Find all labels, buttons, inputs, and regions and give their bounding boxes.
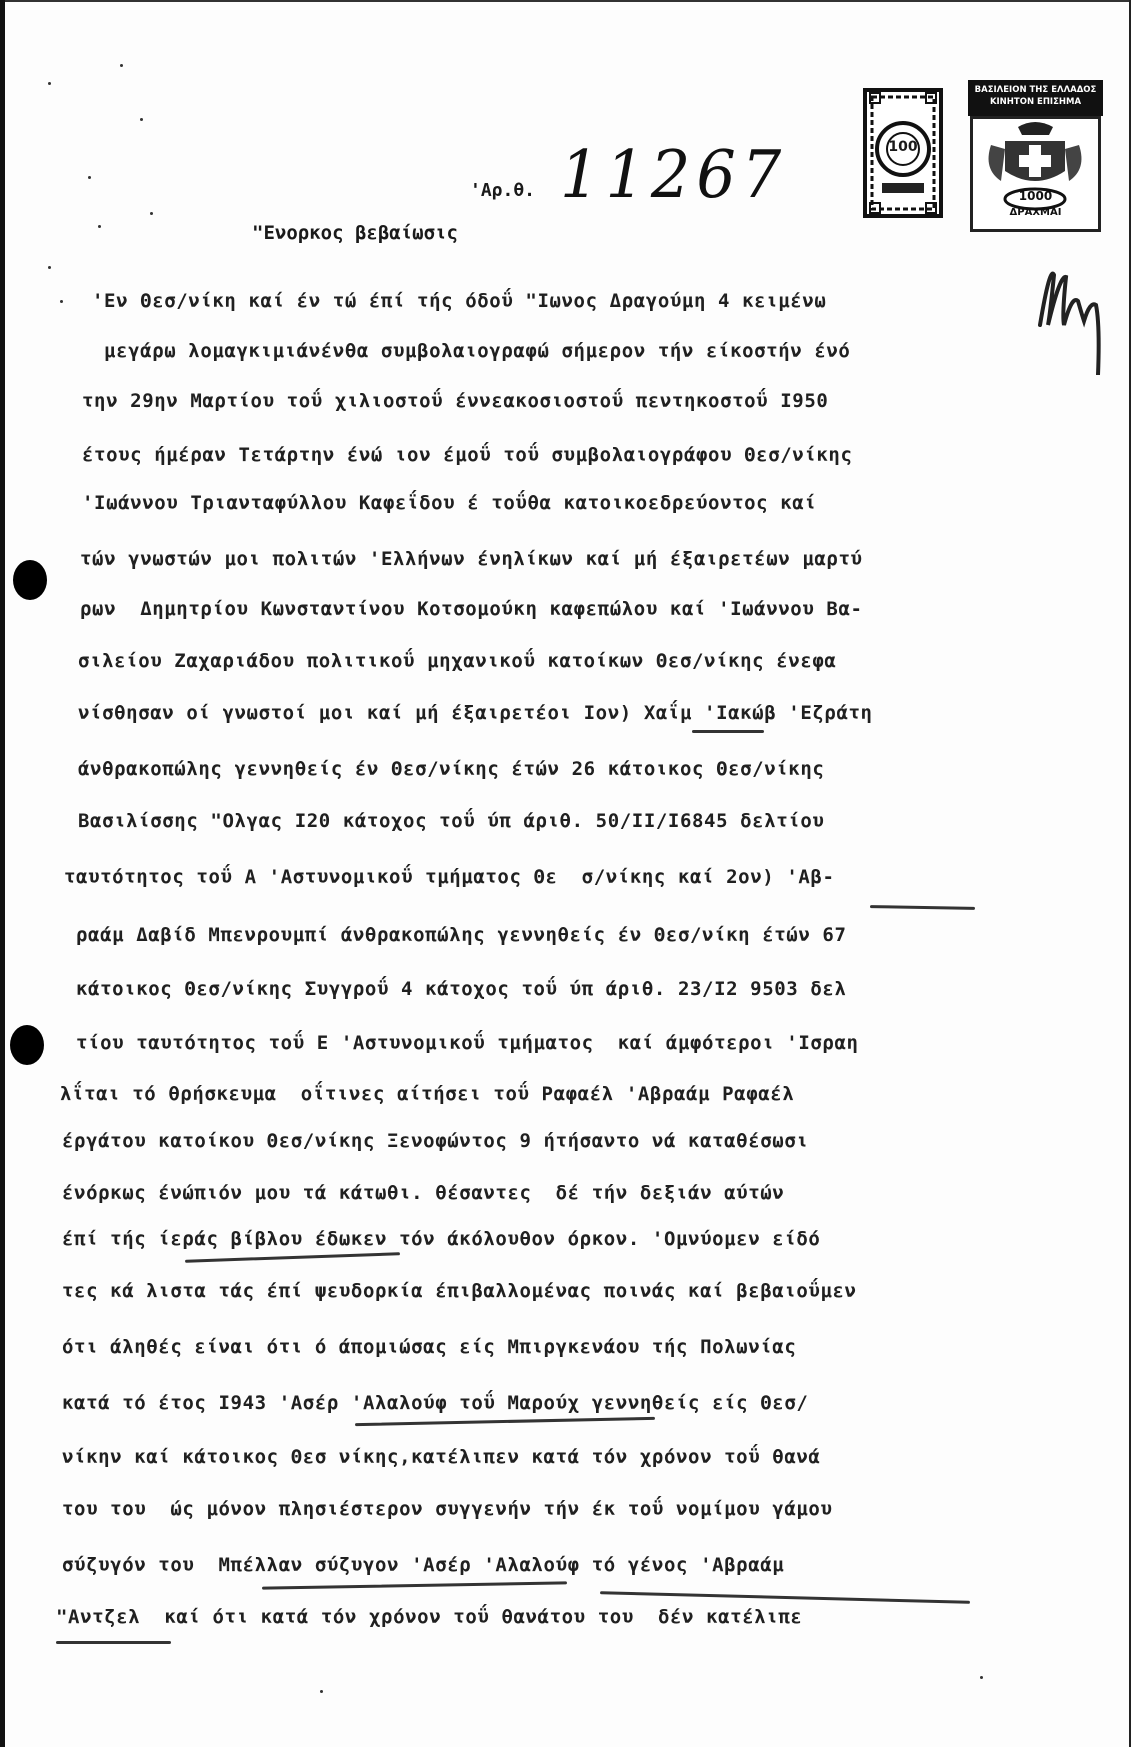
reference-label: 'Αρ.θ. [470, 180, 535, 201]
body-line: τες κά λιστα τάς έπί ψευδορκία έπιβαλλομ… [62, 1280, 857, 1302]
scan-speck [120, 64, 123, 67]
underline-mark [185, 1252, 400, 1263]
scan-speck [88, 176, 91, 179]
revenue-stamp-small: 100 [862, 87, 944, 219]
body-line: έργάτου κατοίκου Θεσ/νίκης Ξενοφώντος 9 … [62, 1130, 808, 1152]
underline-mark [870, 905, 975, 910]
fiscal-stamp-value: 1000 [973, 189, 1098, 203]
scan-speck [320, 1690, 323, 1693]
body-line: ρων Δημητρίου Κωνσταντίνου Κοτσομούκη κα… [80, 598, 863, 620]
body-line: 'Εν Θεσ/νίκη καί έν τώ έπί τής όδοΰ "Ιων… [92, 290, 826, 312]
scan-edge-left [0, 0, 5, 1747]
fiscal-stamp-currency: ΔΡΑΧΜΑΙ [973, 207, 1098, 218]
body-line: ραάμ Δαβίδ Μπενρουμπί άνθρακοπώλης γεννη… [76, 924, 847, 946]
body-line: έπί τής ίεράς βίβλου έδωκεν τόν άκόλουθο… [62, 1228, 820, 1250]
fiscal-stamp-header: ΒΑΣΙΛΕΙΟΝ ΤΗΣ ΕΛΛΑΔΟΣ ΚΙΝΗΤΟΝ ΕΠΙΣΗΜΑ [968, 80, 1103, 116]
scan-edge-top [0, 0, 1139, 2]
scan-speck [980, 1676, 983, 1679]
body-line: Βασιλίσσης "Ολγας Ι20 κάτοχος τοΰ ύπ άρι… [78, 810, 824, 832]
scan-speck [140, 118, 143, 121]
punch-hole-icon [13, 560, 47, 600]
document-heading: "Ενορκος βεβαίωσις [252, 222, 458, 244]
scan-speck [150, 212, 153, 215]
scan-speck [60, 300, 63, 303]
body-line: τίου ταυτότητος τοΰ Ε 'Αστυνομικοΰ τμήμα… [76, 1032, 859, 1054]
scan-edge-right [1129, 0, 1139, 1747]
scan-speck [48, 266, 51, 269]
body-line: μεγάρω λομαγκιμιάνένθα συμβολαιογραφώ σή… [92, 340, 850, 362]
body-line: την 29ην Μαρτίου τοΰ χιλιοστοΰ έννεακοσι… [82, 390, 828, 412]
underline-mark [600, 1591, 970, 1604]
body-line: ταυτότητος τοΰ Α 'Αστυνομικοΰ τμήματος Θ… [64, 866, 835, 888]
scan-speck [48, 82, 51, 85]
body-line: ένόρκως ένώπιόν μου τά κάτωθι. θέσαντες … [62, 1182, 784, 1204]
underline-mark [56, 1641, 171, 1644]
body-line: σύζυγόν του Μπέλλαν σύζυγον 'Ασέρ 'Αλαλο… [62, 1554, 784, 1576]
underline-mark [355, 1417, 655, 1426]
underline-mark [262, 1581, 567, 1589]
fiscal-stamp: ΒΑΣΙΛΕΙΟΝ ΤΗΣ ΕΛΛΑΔΟΣ ΚΙΝΗΤΟΝ ΕΠΙΣΗΜΑ 10… [968, 80, 1103, 232]
body-line: "Αντζελ καί ότι κατά τόν χρόνον τοΰ θανά… [56, 1606, 802, 1628]
body-line: νίσθησαν οί γνωστοί μοι καί μή έξαιρετέο… [78, 702, 873, 724]
body-line: λΐται τό θρήσκευμα οΐτινες αίτήσει τοΰ Ρ… [60, 1083, 794, 1105]
body-line: κάτοικος Θεσ/νίκης Συγγροΰ 4 κάτοχος τοΰ… [76, 978, 847, 1000]
reference-number-handwritten: 11267 [560, 136, 787, 213]
scan-speck [98, 225, 101, 228]
body-line: ότι άληθές είναι ότι ό άπομιώσας είς Μπι… [62, 1336, 796, 1358]
underline-mark [692, 730, 764, 733]
body-line: κατά τό έτος Ι943 'Ασέρ 'Αλαλούφ τοΰ Μαρ… [62, 1392, 808, 1414]
punch-hole-icon [10, 1025, 44, 1065]
fiscal-stamp-body: 1000 ΔΡΑΧΜΑΙ [970, 116, 1101, 232]
body-line: νίκην καί κάτοικος Θεσ νίκης,κατέλιπεν κ… [62, 1446, 820, 1468]
body-line: του του ώς μόνον πλησιέστερον συγγενήν τ… [62, 1498, 833, 1520]
body-line: άνθρακοπώλης γεννηθείς έν Θεσ/νίκης έτών… [78, 758, 824, 780]
small-stamp-value: 100 [862, 139, 944, 155]
fiscal-stamp-header-line1: ΒΑΣΙΛΕΙΟΝ ΤΗΣ ΕΛΛΑΔΟΣ [968, 84, 1103, 96]
document-page: 100 ΒΑΣΙΛΕΙΟΝ ΤΗΣ ΕΛΛΑΔΟΣ ΚΙΝΗΤΟΝ ΕΠΙΣΗΜ… [0, 0, 1139, 1747]
body-line: σιλείου Ζαχαριάδου πολιτικοΰ μηχανικοΰ κ… [78, 650, 836, 672]
body-line: έτους ήμέραν Τετάρτην ένώ ιον έμοΰ τοΰ σ… [82, 444, 853, 466]
fiscal-stamp-header-line2: ΚΙΝΗΤΟΝ ΕΠΙΣΗΜΑ [968, 96, 1103, 108]
body-line: 'Ιωάννου Τριανταφύλλου Καφεΐδου έ τοΰθα … [82, 492, 816, 514]
signature-icon [1020, 255, 1110, 375]
body-line: τών γνωστών μοι πολιτών 'Ελλήνων ένηλίκω… [80, 548, 863, 570]
